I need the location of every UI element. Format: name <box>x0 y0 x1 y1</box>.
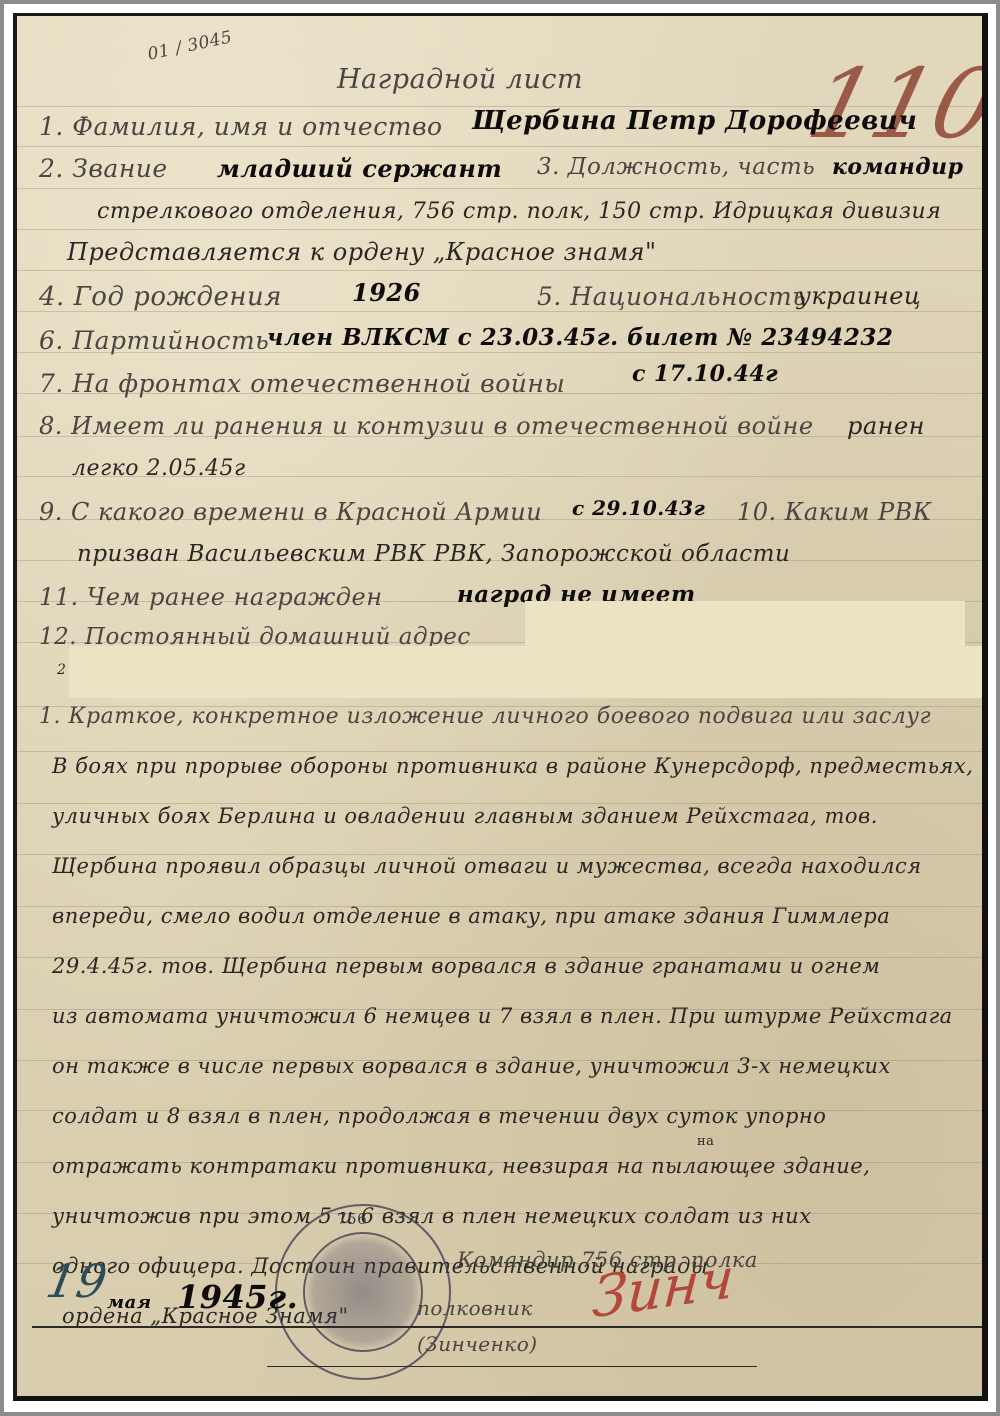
insert-note: на <box>697 1134 714 1149</box>
narrative-label: 1. Краткое, конкретное изложение личного… <box>39 704 931 729</box>
corner-red-number: 110 <box>800 56 988 152</box>
narrative-line: уличных боях Берлина и овладении главным… <box>52 804 878 828</box>
field-9-label: 9. С какого времени в Красной Армии <box>39 498 542 526</box>
field-6-label: 6. Партийность <box>39 326 269 355</box>
narrative-line: 29.4.45г. тов. Щербина первым ворвался в… <box>52 954 880 978</box>
field-5-label: 5. Национальность <box>537 282 806 311</box>
ruled-line <box>17 751 982 752</box>
signature-line <box>32 1326 987 1328</box>
field-3-label: 3. Должность, часть <box>537 154 815 180</box>
ruled-line <box>17 188 982 189</box>
narrative-line: Щербина проявил образцы личной отваги и … <box>52 854 922 878</box>
award-sheet-page: 01 / 3045 110 Наградной лист 1. Фамилия,… <box>13 13 988 1401</box>
document-title: Наградной лист <box>337 64 583 95</box>
field-4-birth-year: 1926 <box>352 278 421 307</box>
field-7-label: 7. На фронтах отечественной войны <box>39 369 565 398</box>
ruled-line <box>17 229 982 230</box>
name-underline <box>267 1366 757 1367</box>
field-1-name: Щербина Петр Дорофеевич <box>472 106 917 136</box>
field-2-rank: младший сержант <box>217 154 502 183</box>
field-1-label: 1. Фамилия, имя и отчество <box>39 112 443 141</box>
field-8-wounded: ранен <box>847 412 925 440</box>
commander-rank: полковник <box>417 1296 533 1320</box>
field-10-label: 10. Каким РВК <box>737 498 932 526</box>
field-5-nationality: украинец <box>797 282 921 310</box>
date-year: 1945г. <box>177 1278 298 1316</box>
field-4-label: 4. Год рождения <box>39 282 282 312</box>
award-presented: Представляется к ордену „Красное знамя" <box>67 238 657 266</box>
field-11-label: 11. Чем ранее награжден <box>39 583 383 611</box>
narrative-line: отражать контратаки противника, невзирая… <box>52 1154 870 1178</box>
narrative-line: солдат и 8 взял в плен, продолжая в тече… <box>52 1104 826 1128</box>
date-month: мая <box>107 1292 152 1313</box>
field-6-party: член ВЛКСМ с 23.03.45г. билет № 23494232 <box>267 324 893 351</box>
field-2-label: 2. Звание <box>39 154 168 183</box>
field-7-front-date: с 17.10.44г <box>632 361 778 387</box>
commander-name: (Зинченко) <box>417 1332 538 1356</box>
field-3-position: командир <box>832 154 963 180</box>
stamp-number: 756 <box>337 1210 367 1228</box>
stamp-emblem <box>303 1232 423 1352</box>
field-3-unit: стрелкового отделения, 756 стр. полк, 15… <box>97 199 941 224</box>
narrative-line: В боях при прорыве обороны противника в … <box>52 754 973 778</box>
narrative-line: он также в числе первых ворвался в здани… <box>52 1054 891 1078</box>
archive-mark: 01 / 3045 <box>146 27 234 64</box>
field-10-draft-office: призван Васильевским РВК РВК, Запорожско… <box>77 541 790 567</box>
field-8-wound-date: легко 2.05.45г <box>72 456 246 481</box>
field-8-label: 8. Имеет ли ранения и контузии в отечест… <box>39 412 814 440</box>
field-9-service-start: с 29.10.43г <box>572 496 705 520</box>
narrative-line: уничтожив при этом 5 и 6 взял в плен нем… <box>52 1204 812 1228</box>
ruled-line <box>17 270 982 271</box>
narrative-line: из автомата уничтожил 6 немцев и 7 взял … <box>52 1004 953 1028</box>
section-2-mark: 2 <box>57 662 66 678</box>
redacted-block <box>69 646 984 698</box>
date-day: 19 <box>42 1254 111 1308</box>
narrative-line: впереди, смело водил отделение в атаку, … <box>52 904 890 928</box>
